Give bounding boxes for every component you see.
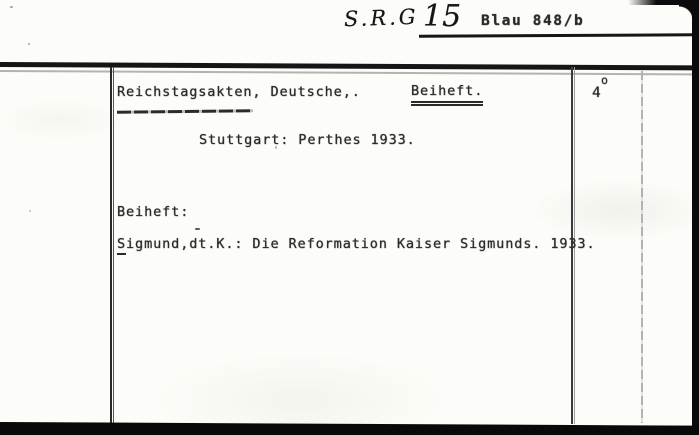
scan-bottom-edge	[0, 422, 699, 435]
faint-column-rule	[641, 71, 643, 423]
card-top-edge-shadow	[0, 70, 692, 75]
scan-right-edge	[692, 0, 699, 435]
scan-speck	[28, 43, 30, 45]
entry-underlined-initial: S	[117, 236, 126, 255]
heading-dashed-underline	[117, 109, 253, 114]
entry-text: igmund,dt.K.: Die Reformation Kaiser Sig…	[126, 236, 595, 252]
format-superscript: o	[601, 75, 618, 86]
typed-location-mark: Blau 848/b	[481, 13, 584, 30]
format-designation: o 4	[592, 75, 618, 101]
shelfmark-underline	[419, 33, 695, 37]
handwritten-series-code: S.R.G	[344, 5, 419, 32]
scan-speck	[29, 210, 31, 212]
left-margin-rule	[110, 67, 114, 424]
card-entry-line: Sigmund,dt.K.: Die Reformation Kaiser Si…	[117, 236, 595, 253]
format-number: 4	[592, 86, 618, 101]
scan-speck	[195, 228, 200, 230]
scan-speck	[10, 6, 13, 8]
scan-speck	[275, 146, 277, 149]
card-heading-beiheft: Beiheft.	[411, 83, 483, 106]
card-heading: Reichstagsakten, Deutsche,.	[117, 84, 361, 101]
card-top-edge-rule	[0, 62, 699, 70]
card-section-label: Beiheft:	[117, 204, 189, 221]
scanned-catalog-card: S.R.G 15 Blau 848/b Reichstagsakten, Deu…	[0, 0, 699, 435]
card-imprint: Stuttgart: Perthes 1933.	[199, 132, 416, 149]
handwritten-series-number: 15	[423, 0, 461, 34]
